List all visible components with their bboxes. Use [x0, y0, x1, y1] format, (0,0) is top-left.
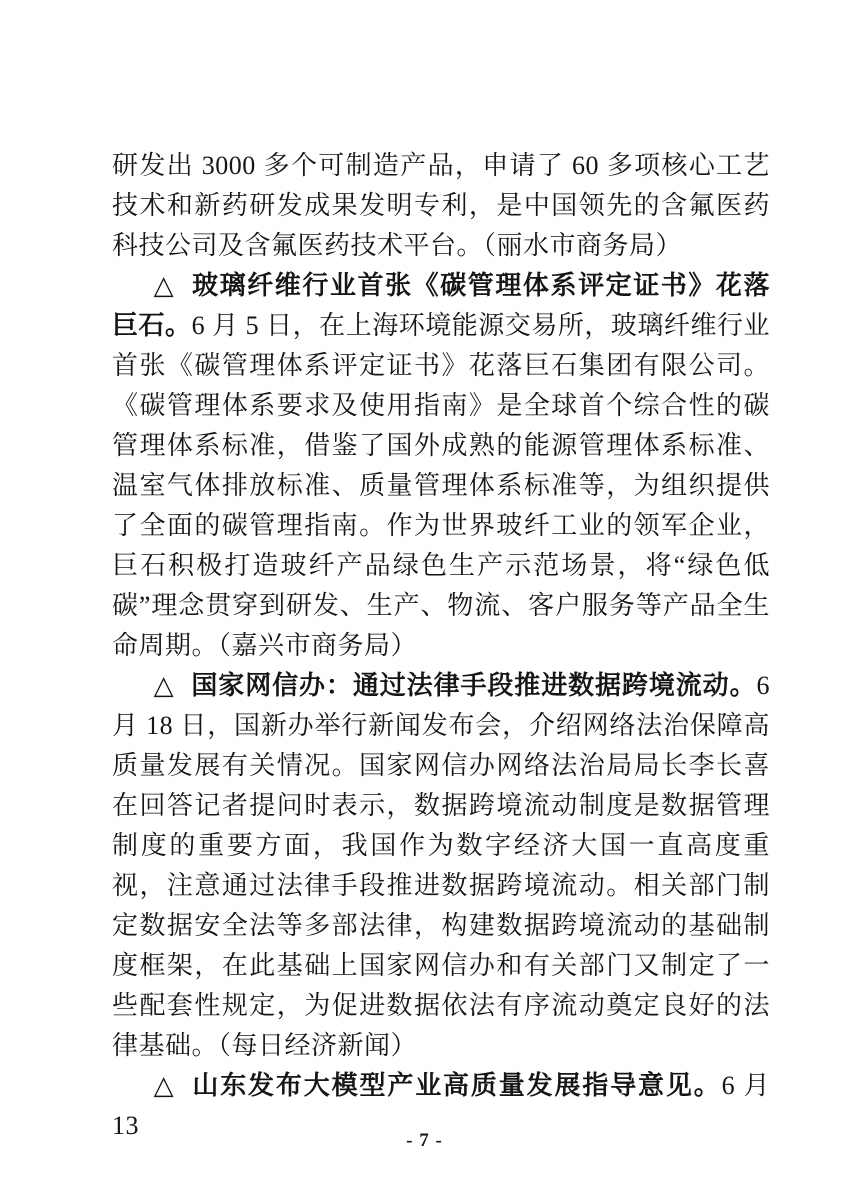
triangle-marker: △	[154, 1071, 176, 1100]
document-page: 研发出 3000 多个可制造产品，申请了 60 多项核心工艺技术和新药研发成果发…	[0, 0, 849, 1200]
news-item-glass-fiber: △玻璃纤维行业首张《碳管理体系评定证书》花落巨石。6 月 5 日，在上海环境能源…	[112, 266, 770, 666]
news-item-body: 6 月 18 日，国新办举行新闻发布会，介绍网络法治保障高质量发展有关情况。国家…	[112, 671, 770, 1060]
triangle-marker: △	[154, 671, 175, 700]
page-body: 研发出 3000 多个可制造产品，申请了 60 多项核心工艺技术和新药研发成果发…	[112, 146, 770, 1146]
news-item-title: 国家网信办：通过法律手段推进数据跨境流动。	[191, 671, 756, 700]
news-item-body: 6 月 5 日，在上海环境能源交易所，玻璃纤维行业首张《碳管理体系评定证书》花落…	[112, 311, 770, 660]
page-number: - 7 -	[0, 1130, 849, 1152]
news-item-cac-data-flow: △国家网信办：通过法律手段推进数据跨境流动。6 月 18 日，国新办举行新闻发布…	[112, 666, 770, 1066]
paragraph-continuation: 研发出 3000 多个可制造产品，申请了 60 多项核心工艺技术和新药研发成果发…	[112, 146, 770, 266]
triangle-marker: △	[154, 271, 176, 300]
paragraph-text: 研发出 3000 多个可制造产品，申请了 60 多项核心工艺技术和新药研发成果发…	[112, 151, 770, 260]
news-item-title: 山东发布大模型产业高质量发展指导意见。	[192, 1071, 721, 1100]
